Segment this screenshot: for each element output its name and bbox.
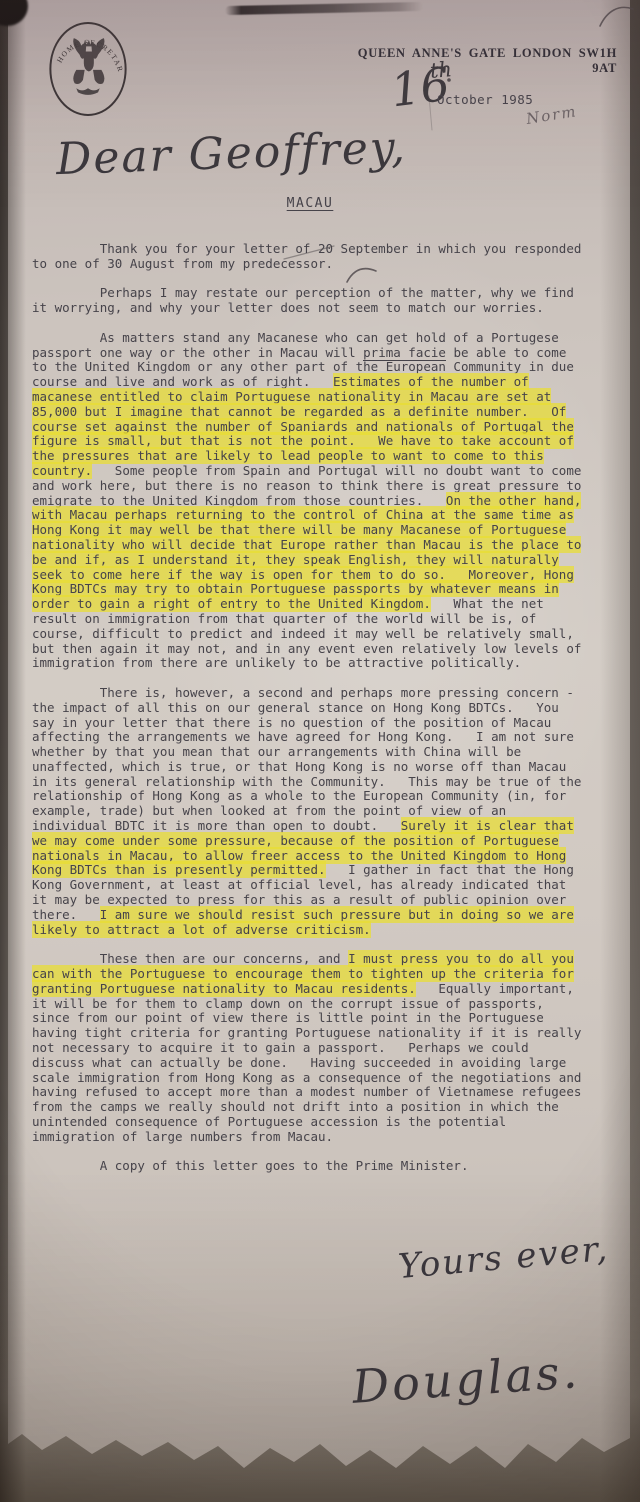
text-segment: Equally important, it will be for them t… bbox=[32, 981, 581, 1144]
highlighted-text: I am sure we should resist such pressure… bbox=[32, 907, 574, 937]
paragraph: Thank you for your letter of 20 Septembe… bbox=[32, 242, 608, 272]
letter-body: Thank you for your letter of 20 Septembe… bbox=[32, 242, 608, 1189]
highlighted-text: On the other hand, with Macau perhaps re… bbox=[32, 493, 581, 612]
paragraph: As matters stand any Macanese who can ge… bbox=[32, 331, 608, 671]
paragraph: These then are our concerns, and I must … bbox=[32, 952, 608, 1144]
royal-coat-of-arms-icon: HOME SECRETARY bbox=[46, 18, 130, 120]
scanned-letter-photo: { "letter": { "crest_text": "HOME SECRET… bbox=[0, 0, 640, 1502]
paragraph: Perhaps I may restate our perception of … bbox=[32, 286, 608, 316]
paragraph: There is, however, a second and perhaps … bbox=[32, 686, 608, 938]
text-segment: A copy of this letter goes to the Prime … bbox=[32, 1158, 469, 1173]
paragraph: A copy of this letter goes to the Prime … bbox=[32, 1159, 608, 1174]
handwritten-date-ordinal: th bbox=[429, 57, 453, 83]
text-segment: There is, however, a second and perhaps … bbox=[32, 685, 581, 833]
typed-date: October 1985 bbox=[437, 92, 533, 107]
text-segment: Thank you for your letter of 20 Septembe… bbox=[32, 241, 581, 271]
text-segment: Perhaps I may restate our perception of … bbox=[32, 285, 574, 315]
text-segment: These then are our concerns, and bbox=[32, 951, 348, 966]
underlined-text: prima facie bbox=[363, 345, 446, 361]
subject-text: MACAU bbox=[287, 196, 334, 211]
subject-heading: MACAU bbox=[32, 196, 588, 211]
